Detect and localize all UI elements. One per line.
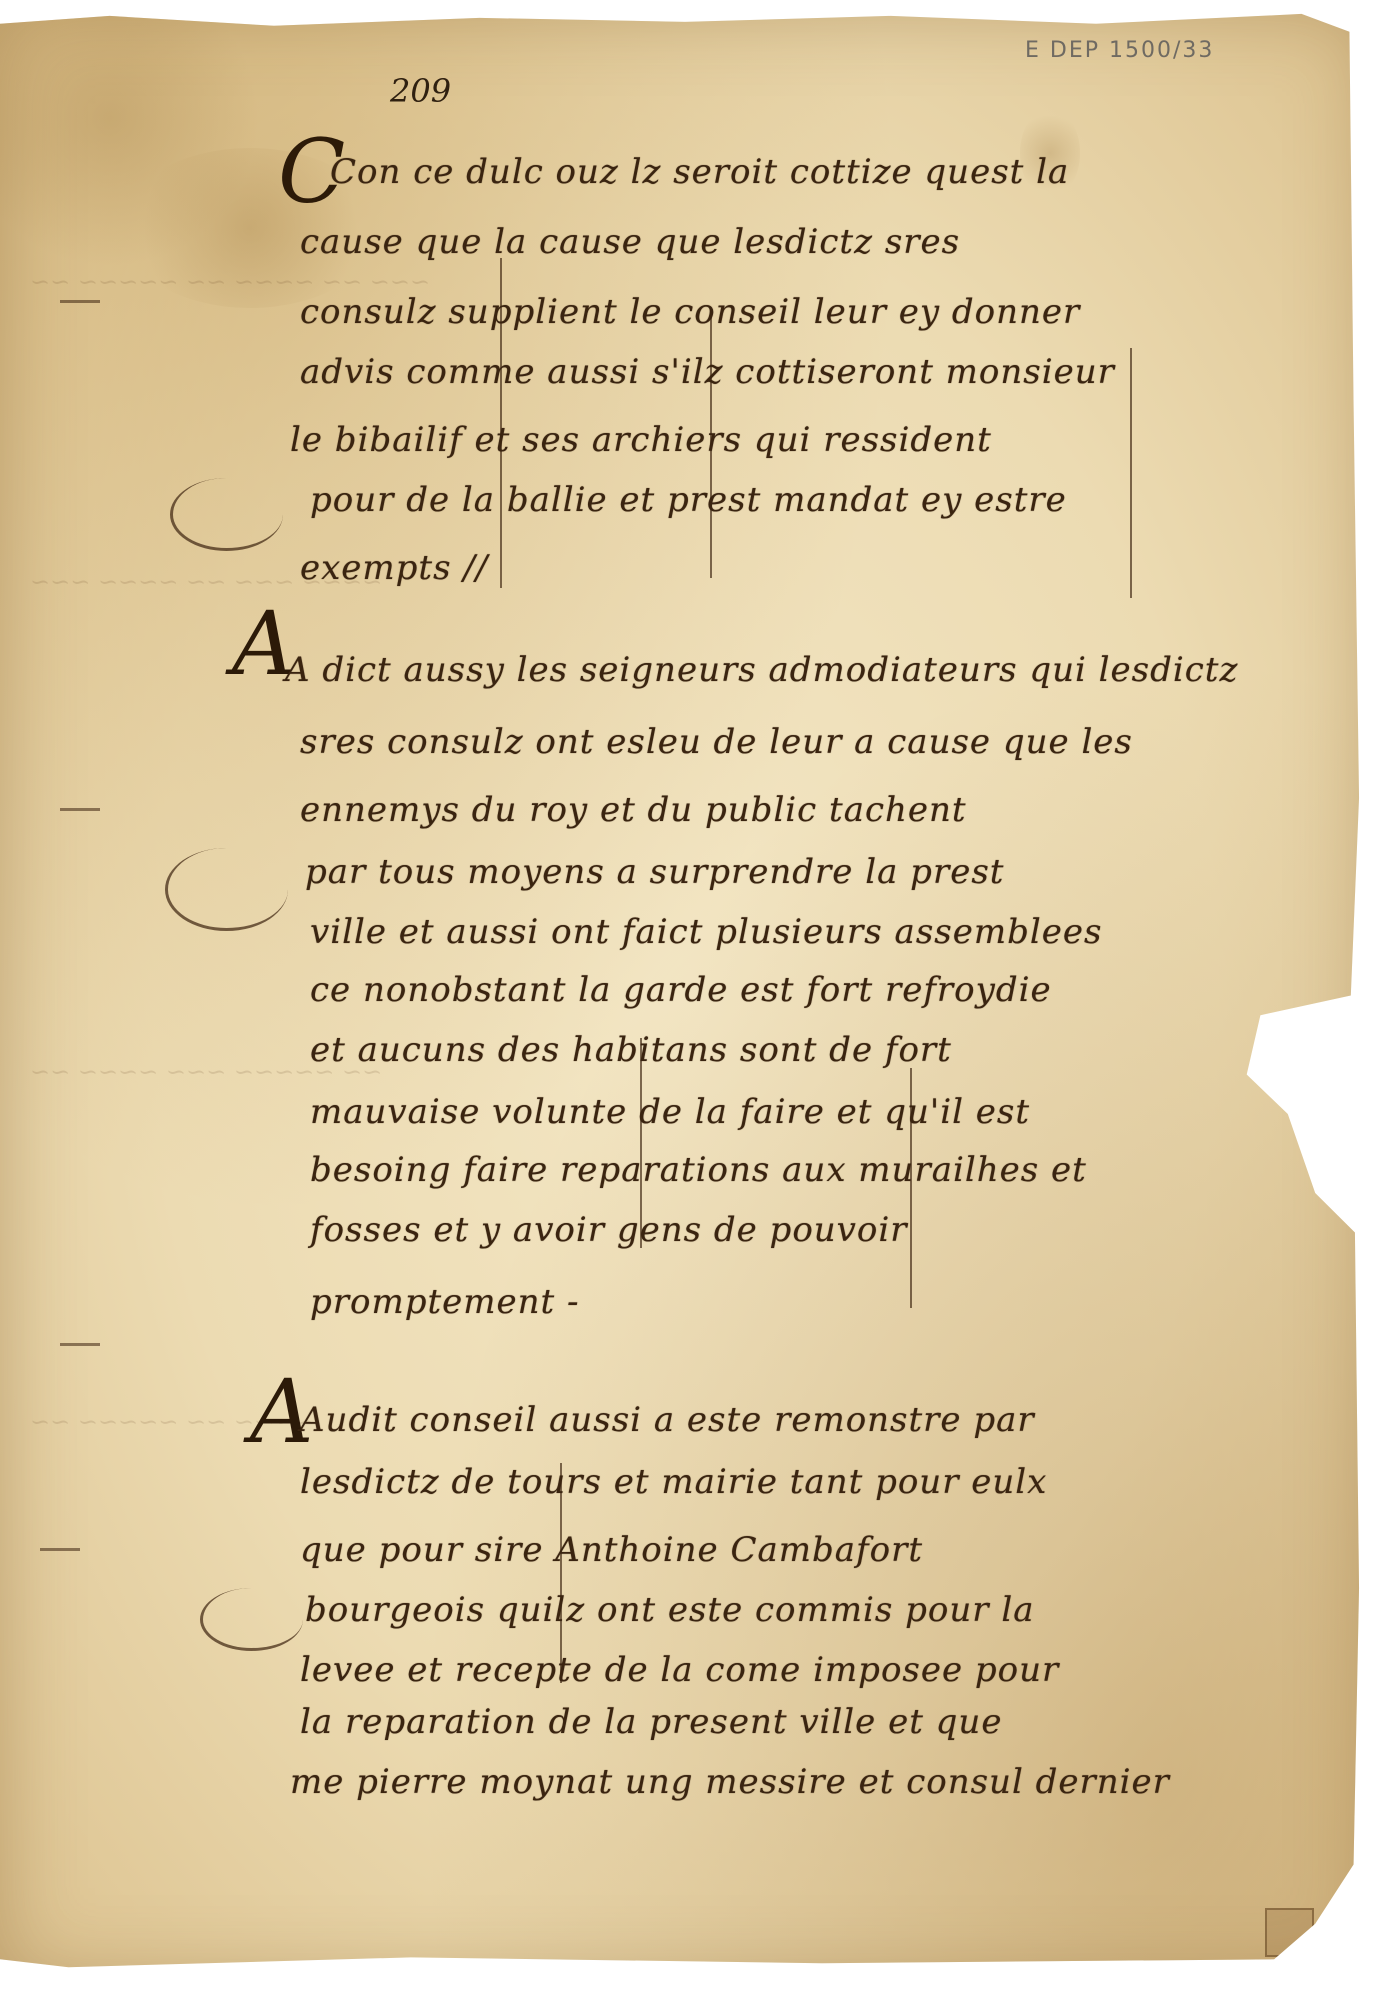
text-line: promptement - (310, 1282, 580, 1322)
text-line: ville et aussi ont faict plusieurs assem… (310, 912, 1102, 952)
text-line: et aucuns des habitans sont de fort (310, 1030, 952, 1070)
text-line: consulz supplient le conseil leur ey don… (300, 292, 1080, 332)
text-line: mauvaise volunte de la faire et qu'il es… (310, 1092, 1030, 1132)
text-line: exempts // (300, 548, 488, 588)
text-line: lesdictz de tours et mairie tant pour eu… (300, 1462, 1047, 1502)
text-line: ce nonobstant la garde est fort refroydi… (310, 970, 1052, 1010)
text-line: Con ce dulc ouz lz seroit cottize quest … (330, 152, 1069, 192)
text-line: la reparation de la present ville et que (300, 1702, 1002, 1742)
text-line: fosses et y avoir gens de pouvoir (310, 1210, 908, 1250)
text-line: bourgeois quilz ont este commis pour la (305, 1590, 1034, 1630)
text-line: le bibailif et ses archiers qui ressiden… (290, 420, 992, 460)
manuscript-text: C Con ce dulc ouz lz seroit cottize ques… (0, 0, 1388, 2000)
text-line: A dict aussy les seigneurs admodiateurs … (285, 650, 1238, 690)
text-line: cause que la cause que lesdictz sres (300, 222, 960, 262)
text-line: Audit conseil aussi a este remonstre par (300, 1400, 1035, 1440)
text-line: ennemys du roy et du public tachent (300, 790, 967, 830)
text-line: que pour sire Anthoine Cambafort (300, 1530, 923, 1570)
text-line: sres consulz ont esleu de leur a cause q… (300, 722, 1133, 762)
text-line: besoing faire reparations aux murailhes … (310, 1150, 1087, 1190)
text-line: par tous moyens a surprendre la prest (305, 852, 1004, 892)
text-line: levee et recepte de la come imposee pour (300, 1650, 1059, 1690)
text-line: me pierre moynat ung messire et consul d… (290, 1762, 1170, 1802)
text-line: advis comme aussi s'ilz cottiseront mons… (300, 352, 1115, 392)
text-line: pour de la ballie et prest mandat ey est… (310, 480, 1067, 520)
